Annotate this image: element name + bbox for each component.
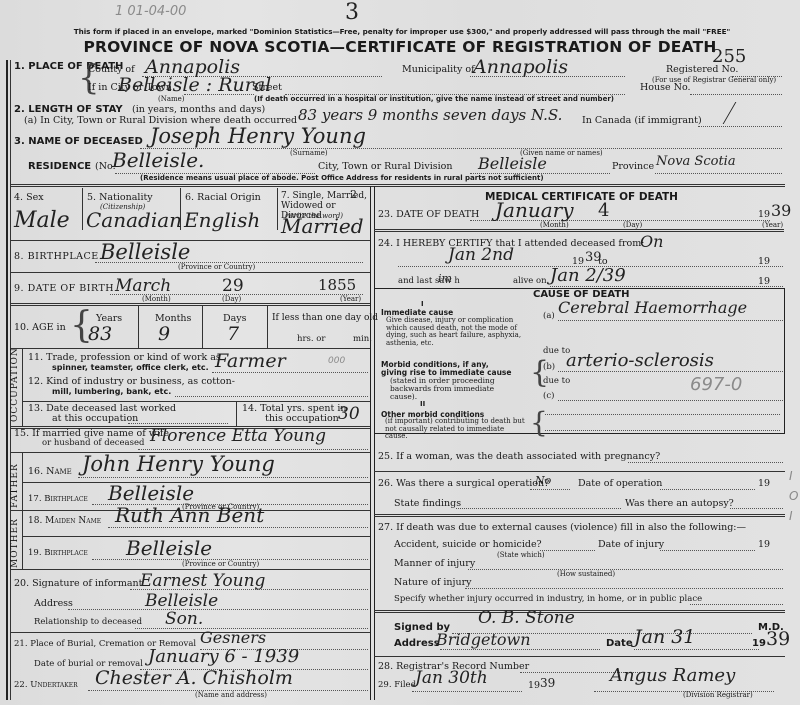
date-of-death-label: 23. DATE OF DEATH	[378, 209, 479, 220]
nationality-value: Canadian	[86, 208, 182, 232]
registered-no-value: 255	[712, 46, 746, 67]
due-to-2: due to	[543, 376, 570, 386]
birthplace-value: Belleisle	[100, 240, 190, 264]
industry-label: 12. Kind of industry or business, as cot…	[28, 376, 235, 387]
last-worked-sub: at this occupation	[52, 413, 138, 424]
marital-status-value: Married	[281, 214, 364, 238]
spouse-sub: or husband of deceased	[42, 438, 144, 448]
province-value: Nova Scotia	[656, 154, 736, 169]
sign-year: 39	[766, 628, 790, 650]
page-title: PROVINCE OF NOVA SCOTIA—CERTIFICATE OF R…	[0, 38, 800, 56]
cause-a-label: (a)	[543, 311, 555, 321]
autopsy-label: Was there an autopsy?	[625, 498, 734, 509]
division-label: City, Town or Rural Division	[318, 161, 452, 172]
external-causes-label: 27. If death was due to external causes …	[378, 522, 746, 533]
mother-name-value: Ruth Ann Bent	[115, 503, 264, 527]
canada-stay-label: In Canada (if immigrant)	[582, 115, 702, 126]
racial-origin-value: English	[184, 208, 260, 232]
margin-marks: I O I	[789, 466, 799, 526]
father-name-value: John Henry Young	[82, 452, 275, 476]
informant-address-label: Address	[34, 598, 73, 609]
division-value: Belleisle	[478, 154, 547, 173]
sex-label: 4. Sex	[14, 192, 44, 203]
cause-b-label: (b)	[543, 362, 555, 372]
house-no-label: House No.	[640, 82, 691, 93]
death-certificate: 1 01-04-00 3 This form if placed in an e…	[0, 0, 800, 705]
informant-value: Earnest Young	[140, 571, 265, 591]
alive-on-value: Jan 2/39	[550, 265, 626, 286]
relationship-label: Relationship to deceased	[34, 617, 142, 627]
state-which-note: (State which)	[497, 551, 545, 559]
nature-label: Nature of injury	[394, 577, 471, 588]
mailing-notice: This form if placed in an envelope, mark…	[62, 27, 742, 36]
dod-year: 39	[771, 201, 791, 220]
racial-origin-label: 6. Racial Origin	[185, 192, 261, 203]
how-sustained-note: (How sustained)	[557, 570, 615, 578]
last-saw-him: im	[438, 272, 452, 285]
filed-value: Jan 30th	[415, 668, 488, 688]
street-label: Street	[252, 82, 282, 93]
roman-one: I	[421, 300, 424, 308]
page-number: 3	[345, 0, 359, 25]
sign-date-label: Date	[606, 638, 633, 649]
cause-code: 697-0	[690, 374, 742, 395]
injury-year-prefix: 19	[758, 539, 770, 550]
pencil-reference: 1 01-04-00	[115, 4, 186, 19]
mother-name-label: 18. Maiden Name	[28, 516, 101, 526]
total-years-value: 30	[338, 404, 360, 424]
sex-value: Male	[14, 208, 70, 233]
sign-date-value: Jan 31	[634, 626, 695, 648]
nationality-label: 5. Nationality	[87, 192, 153, 203]
signer-address-label: Address	[394, 638, 440, 649]
spouse-value: Florence Etta Young	[150, 426, 326, 446]
undertaker-note: (Name and address)	[195, 691, 267, 699]
alive-on-label: alive on	[513, 276, 547, 286]
deceased-name-value: Joseph Henry Young	[150, 124, 366, 148]
occupation-side-label: OCCUPATION	[10, 352, 20, 422]
filed-label: 29. Filed	[378, 680, 416, 690]
town-value: Belleisle : Rural	[118, 74, 271, 96]
province-label: Province	[612, 161, 654, 172]
trade-value: Farmer	[215, 350, 286, 372]
municipality-label: Municipality of	[402, 64, 475, 75]
operation-date-label: Date of operation	[578, 478, 662, 489]
roman-two: II	[420, 400, 425, 408]
dod-month-note: (Month)	[540, 221, 569, 229]
date-of-birth-label: 9. DATE OF BIRTH	[14, 283, 114, 294]
other-conditions-desc: (if important) contributing to death but…	[385, 418, 525, 441]
name-of-deceased-label: 3. NAME OF DECEASED	[14, 136, 143, 147]
father-side-label: FATHER	[10, 458, 20, 508]
hospital-note: (If death occurred in a hospital or inst…	[254, 95, 614, 103]
burial-place-value: Gesners	[200, 628, 266, 647]
pregnancy-label: 25. If a woman, was the death associated…	[378, 451, 660, 462]
mother-birthplace-value: Belleisle	[126, 536, 212, 560]
informant-label: 20. Signature of informant	[14, 578, 142, 589]
surgery-label: 26. Was there a surgical operation?	[378, 478, 549, 489]
specify-label: Specify whether injury occurred in indus…	[394, 594, 702, 604]
birthplace-note: (Province or Country)	[178, 263, 255, 271]
cause-b-value: arterio-sclerosis	[566, 350, 714, 371]
relationship-value: Son.	[165, 609, 203, 629]
dod-year-prefix: 19	[758, 209, 770, 220]
cause-a-value: Cerebral Haemorrhage	[558, 298, 747, 317]
alive-year-prefix: 19	[758, 276, 770, 287]
residence-value: Belleisle.	[112, 148, 204, 172]
attended-from: Jan 2nd	[448, 245, 514, 265]
surgery-value: No	[535, 474, 551, 487]
father-birthplace-label: 17. Birthplace	[28, 494, 88, 504]
length-of-stay-label: 2. LENGTH OF STAY	[14, 104, 123, 115]
residence-note: (Residence means usual place of abode. P…	[140, 174, 544, 182]
dob-month-note: (Month)	[142, 295, 171, 303]
age-days-value: 7	[227, 323, 239, 345]
informant-address-value: Belleisle	[145, 591, 218, 611]
check-mark	[698, 102, 737, 124]
filed-year-prefix: 19	[528, 680, 540, 691]
morbid-conditions-label: Morbid conditions, if any, giving rise t…	[381, 361, 516, 377]
age-years-value: 83	[88, 323, 112, 345]
trade-label: 11. Trade, profession or kind of work as	[28, 352, 221, 363]
birthplace-label: 8. BIRTHPLACE	[14, 251, 99, 262]
father-birthplace-value: Belleisle	[108, 481, 194, 505]
municipality-value: Annapolis	[473, 56, 568, 78]
to-year-prefix: 19	[758, 256, 770, 267]
morbid-conditions-desc: (stated in order proceeding backwards fr…	[390, 377, 520, 401]
length-of-stay-sub: (in years, months and days)	[132, 104, 265, 115]
signer-address-value: Bridgetown	[436, 630, 531, 649]
accident-label: Accident, suicide or homicide?	[394, 539, 542, 550]
mother-birthplace-label: 19. Birthplace	[28, 548, 88, 558]
dod-month: January	[495, 198, 574, 222]
burial-date-value: January 6 - 1939	[148, 646, 299, 667]
registrar-note: (Division Registrar)	[683, 691, 753, 699]
marital-mark: 2	[350, 188, 357, 201]
mother-birthplace-note: (Province or Country)	[182, 560, 259, 568]
immediate-cause-desc: Give disease, injury or complication whi…	[386, 317, 526, 347]
dod-year-note: (Year)	[762, 221, 783, 229]
undertaker-label: 22. Undertaker	[14, 680, 78, 690]
dob-year-note: (Year)	[340, 295, 361, 303]
hrs-label: hrs. or	[297, 334, 325, 344]
name-note: (Name)	[158, 95, 185, 103]
industry-sub: mill, lumbering, bank, etc.	[52, 387, 171, 396]
cause-c-label: (c)	[543, 391, 554, 401]
sign-year-prefix: 19	[752, 638, 766, 649]
residence-label: RESIDENCE	[28, 161, 91, 172]
dob-year: 1855	[318, 276, 356, 294]
mother-side-label: MOTHER	[10, 516, 20, 568]
surname-note: (Surname)	[290, 149, 328, 157]
operation-year-prefix: 19	[758, 478, 770, 489]
filed-year: 39	[540, 676, 555, 690]
trade-code: 000	[328, 356, 345, 366]
attended-value: On	[640, 232, 663, 251]
dob-day: 29	[222, 276, 244, 296]
findings-label: State findings	[394, 498, 461, 509]
left-border	[6, 60, 8, 700]
total-years-sub: this occupation	[265, 413, 339, 424]
place-of-death-label: 1. PLACE OF DEATH	[14, 61, 54, 72]
dob-day-note: (Day)	[222, 295, 241, 303]
less-than-day-label: If less than one day old	[272, 313, 378, 323]
dod-day: 4	[598, 200, 609, 221]
age-months-value: 9	[158, 323, 170, 345]
undertaker-value: Chester A. Chisholm	[95, 667, 293, 689]
dob-month: March	[115, 276, 171, 296]
manner-label: Manner of injury	[394, 558, 475, 569]
registrar-name: Angus Ramey	[610, 665, 735, 686]
age-label: 10. AGE in	[14, 322, 66, 333]
dod-day-note: (Day)	[623, 221, 642, 229]
signed-by-value: O. B. Stone	[478, 608, 575, 628]
injury-date-label: Date of injury	[598, 539, 664, 550]
trade-sub: spinner, teamster, office clerk, etc.	[52, 363, 209, 372]
father-name-label: 16. Name	[28, 466, 72, 477]
city-stay-value: 83 years 9 months seven days N.S.	[298, 106, 562, 124]
